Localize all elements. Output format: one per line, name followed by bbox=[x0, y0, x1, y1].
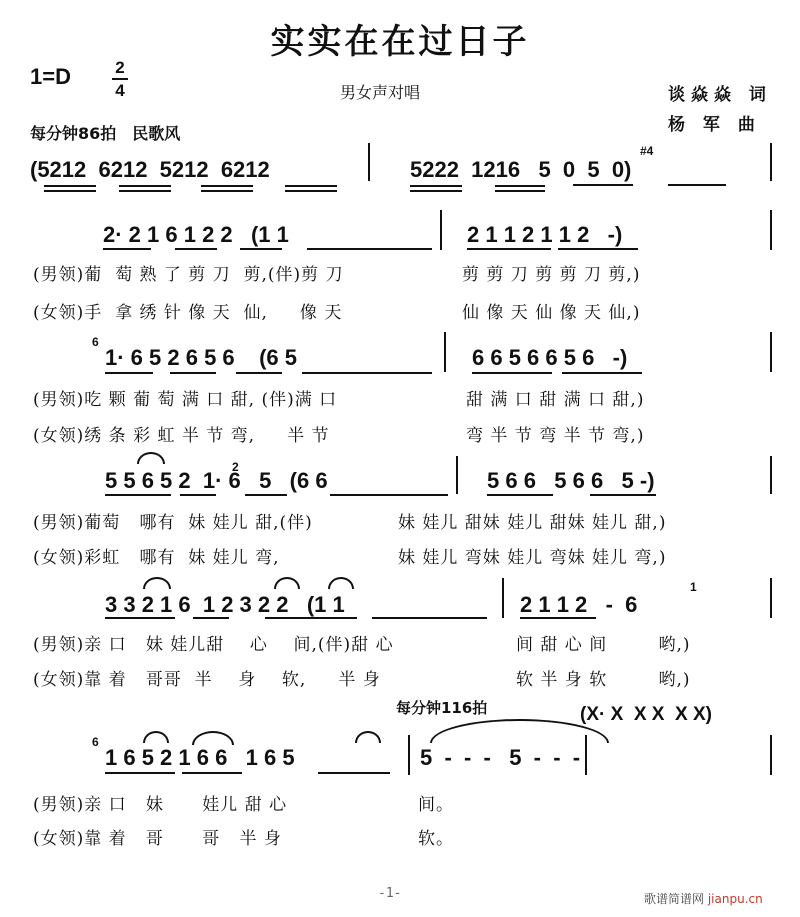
page-number: -1- bbox=[378, 886, 401, 901]
time-signature: 2 4 bbox=[112, 58, 128, 100]
slur bbox=[355, 731, 381, 743]
lyrics-female-lead: (女领)绣 条 彩 虹 半 节 弯, 半 节 bbox=[33, 421, 330, 446]
song-title: 实实在在过日子 bbox=[0, 14, 800, 63]
grace-note: 6 bbox=[92, 335, 99, 349]
barline bbox=[770, 456, 772, 494]
system-1-notes-left: (5212 6212 5212 6212 bbox=[30, 157, 270, 183]
lyrics-male-lead: (男领)亲 口 妹 娃儿 甜 心 bbox=[33, 790, 287, 815]
slur bbox=[328, 577, 354, 589]
barline bbox=[770, 210, 772, 250]
slur bbox=[274, 577, 300, 589]
system-6-notes-right: 5 - - - 5 - - - bbox=[420, 745, 580, 771]
lyrics-female-chorus: 妹 娃儿 弯妹 娃儿 弯妹 娃儿 弯,) bbox=[398, 543, 666, 568]
barline bbox=[368, 143, 370, 181]
barline bbox=[585, 735, 587, 775]
lyrics-female-end: 软。 bbox=[418, 824, 454, 849]
lyrics-male-chorus: 间 甜 心 间 哟,) bbox=[516, 630, 690, 655]
lyrics-male-lead: (男领)亲 口 妹 娃儿甜 心 间,(伴)甜 心 bbox=[33, 630, 394, 655]
composer-credit: 杨 军 曲 bbox=[668, 110, 761, 135]
slur bbox=[143, 577, 171, 589]
barline bbox=[440, 210, 442, 250]
barline bbox=[444, 332, 446, 372]
lyrics-male-lead: (男领)葡 萄 熟 了 剪 刀 剪,(伴)剪 刀 bbox=[33, 260, 344, 285]
lyrics-male-lead: (男领)吃 颗 葡 萄 满 口 甜, (伴)满 口 bbox=[33, 385, 337, 410]
lyricist-credit: 谈焱焱 词 bbox=[668, 80, 772, 105]
tempo-change: 每分钟116拍 bbox=[396, 697, 487, 718]
lyrics-male-chorus: 妹 娃儿 甜妹 娃儿 甜妹 娃儿 甜,) bbox=[398, 508, 666, 533]
lyrics-male-chorus: 甜 满 口 甜 满 口 甜,) bbox=[466, 385, 644, 410]
lyrics-female-lead: (女领)靠 着 哥哥 半 身 软, 半 身 bbox=[33, 665, 381, 690]
time-signature-divider bbox=[112, 78, 128, 80]
grace-note: 1 bbox=[690, 580, 697, 594]
lyrics-male-lead: (男领)葡萄 哪有 妹 娃儿 甜,(伴) bbox=[33, 508, 313, 533]
lyrics-female-lead: (女领)手 拿 绣 针 像 天 仙, 像 天 bbox=[33, 298, 342, 323]
time-signature-top: 2 bbox=[112, 58, 128, 77]
percussion-pattern: (X· X X X X X) bbox=[580, 704, 712, 726]
time-signature-bottom: 4 bbox=[112, 81, 128, 100]
system-6-notes-left: 1 6 5 2 1 6 6 1 6 5 bbox=[105, 745, 295, 771]
system-2-notes-right: 2 1 1 2 1 1 2 -) bbox=[467, 222, 622, 248]
lyrics-male-end: 间。 bbox=[418, 790, 454, 815]
system-2-notes-left: 2· 2 1 6 1 2 2 (1 1 bbox=[103, 222, 289, 248]
lyrics-female-chorus: 软 半 身 软 哟,) bbox=[516, 665, 690, 690]
barline bbox=[502, 578, 504, 618]
system-4-notes-left: 5 5 6 5 2 1· 6 5 (6 6 bbox=[105, 468, 328, 494]
lyrics-female-chorus: 仙 像 天 仙 像 天 仙,) bbox=[462, 298, 640, 323]
lyrics-female-lead: (女领)靠 着 哥 哥 半 身 bbox=[33, 824, 282, 849]
key-signature: 1=D bbox=[30, 64, 71, 90]
system-5-notes-left: 3 3 2 1 6 1 2 3 2 2 (1 1 bbox=[105, 592, 345, 618]
system-1-notes-right: 5222 1216 5 0 5 0) bbox=[410, 157, 631, 183]
tempo-marking: 每分钟86拍 民歌风 bbox=[30, 121, 180, 144]
system-3-notes-right: 6 6 5 6 6 5 6 -) bbox=[472, 345, 627, 371]
barline bbox=[770, 332, 772, 372]
lyrics-male-chorus: 剪 剪 刀 剪 剪 刀 剪,) bbox=[462, 260, 640, 285]
slur bbox=[137, 452, 165, 464]
grace-note: #4 bbox=[640, 144, 653, 158]
slur bbox=[143, 731, 169, 743]
lyrics-female-chorus: 弯 半 节 弯 半 节 弯,) bbox=[466, 421, 644, 446]
system-4-notes-right: 5 6 6 5 6 6 5 -) bbox=[487, 468, 655, 494]
barline bbox=[408, 735, 410, 775]
watermark-url: jianpu.cn bbox=[708, 892, 763, 906]
barline bbox=[770, 735, 772, 775]
barline bbox=[456, 456, 458, 494]
lyrics-female-lead: (女领)彩虹 哪有 妹 娃儿 弯, bbox=[33, 543, 280, 568]
system-3-notes-left: 1· 6 5 2 6 5 6 (6 5 bbox=[105, 345, 297, 371]
watermark-cn: 歌谱简谱网 bbox=[644, 892, 704, 906]
slur bbox=[192, 731, 234, 745]
watermark: 歌谱简谱网 jianpu.cn bbox=[644, 890, 763, 907]
subtitle: 男女声对唱 bbox=[340, 80, 420, 103]
barline bbox=[770, 578, 772, 618]
barline bbox=[770, 143, 772, 181]
grace-note: 6 bbox=[92, 735, 99, 749]
system-5-notes-right: 2 1 1 2 - 6 bbox=[520, 592, 637, 618]
